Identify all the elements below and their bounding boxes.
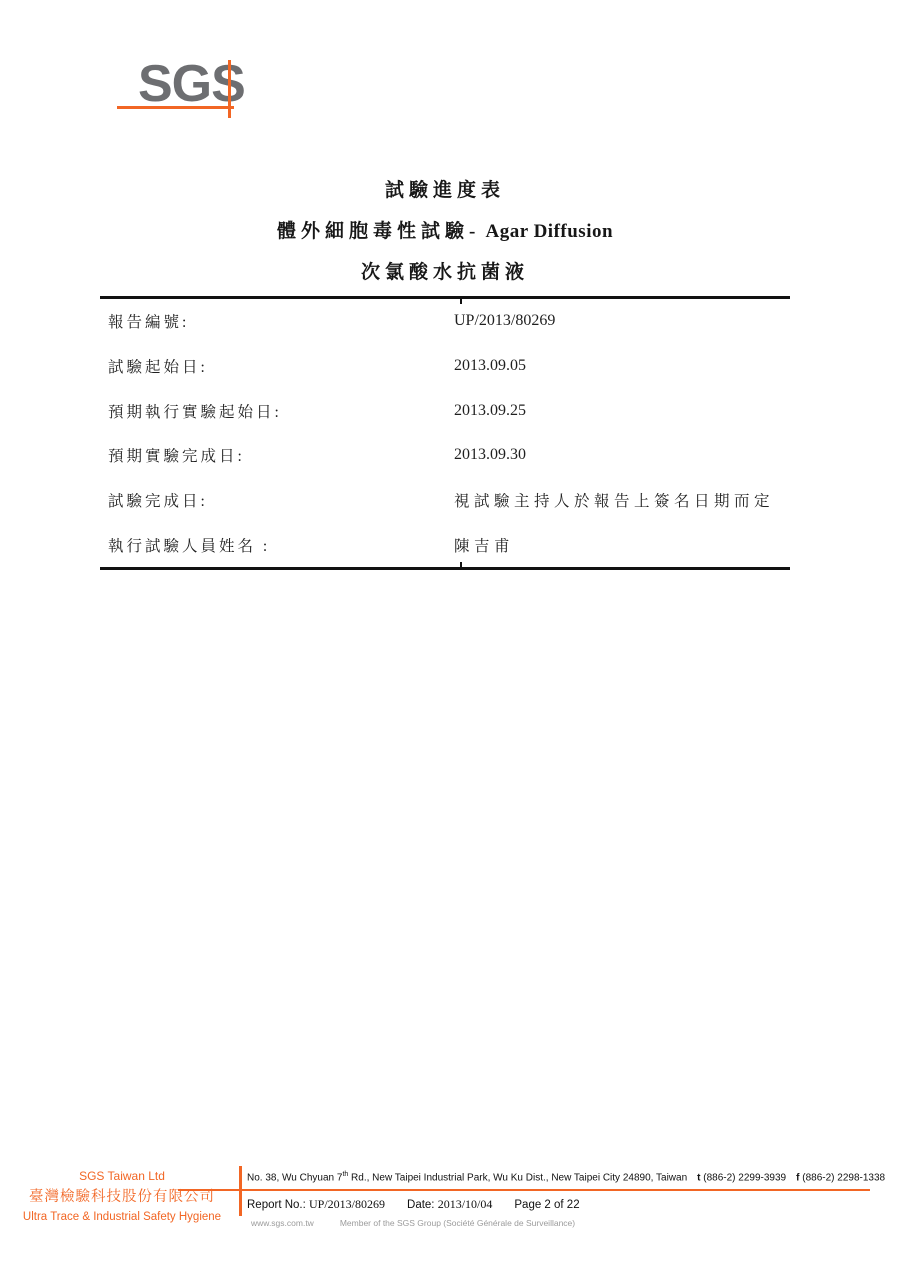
date-value: 2013/10/04 <box>438 1197 493 1211</box>
address-part1: No. 38, Wu Chyuan 7 <box>247 1172 342 1183</box>
table-row: 報告編號: UP/2013/80269 <box>100 299 790 343</box>
document-title-block: 試驗進度表 體外細胞毒性試驗- Agar Diffusion 次氯酸水抗菌液 <box>0 176 890 299</box>
row-value: 視試驗主持人於報告上簽名日期而定 <box>454 489 774 511</box>
footer-website-line: www.sgs.com.twMember of the SGS Group (S… <box>251 1218 891 1228</box>
date-label: Date: <box>407 1199 438 1211</box>
address-part2: Rd., New Taipei Industrial Park, Wu Ku D… <box>348 1172 687 1183</box>
footer-company-en: SGS Taiwan Ltd <box>22 1167 222 1186</box>
footer-company-block: SGS Taiwan Ltd 臺灣檢驗科技股份有限公司 Ultra Trace … <box>22 1167 222 1227</box>
title-line-2-en: Agar Diffusion <box>480 221 613 242</box>
column-tick-bottom <box>460 562 462 567</box>
progress-table: 報告編號: UP/2013/80269 試驗起始日: 2013.09.05 預期… <box>100 296 790 570</box>
title-line-2-cn: 體外細胞毒性試驗- <box>277 221 480 242</box>
sgs-member-note: Member of the SGS Group (Société Général… <box>340 1218 575 1228</box>
row-label: 報告編號: <box>100 310 454 332</box>
footer-report-line: Report No.: UP/2013/80269Date: 2013/10/0… <box>247 1197 887 1212</box>
row-label: 試驗起始日: <box>100 355 454 377</box>
row-value: 2013.09.25 <box>454 402 526 420</box>
row-value: 2013.09.30 <box>454 446 526 464</box>
row-value: UP/2013/80269 <box>454 312 555 330</box>
row-label: 預期執行實驗起始日: <box>100 400 454 422</box>
footer-address: No. 38, Wu Chyuan 7th Rd., New Taipei In… <box>247 1171 887 1183</box>
sgs-logo: SGS <box>136 58 256 128</box>
row-value: 陳吉甫 <box>454 534 514 556</box>
footer-division: Ultra Trace & Industrial Safety Hygiene <box>22 1208 222 1227</box>
row-label: 預期實驗完成日: <box>100 444 454 466</box>
page-info: Page 2 of 22 <box>514 1199 579 1211</box>
table-row: 執行試驗人員姓名 : 陳吉甫 <box>100 523 790 567</box>
fax-number: (886-2) 2298-1338 <box>799 1172 885 1183</box>
report-no-label: Report No.: <box>247 1199 309 1211</box>
title-line-1: 試驗進度表 <box>0 176 890 217</box>
table-row: 預期實驗完成日: 2013.09.30 <box>100 433 790 477</box>
column-tick-top <box>460 299 462 304</box>
row-value: 2013.09.05 <box>454 357 526 375</box>
logo-horizontal-rule <box>117 106 234 109</box>
table-row: 試驗完成日: 視試驗主持人於報告上簽名日期而定 <box>100 478 790 522</box>
report-no-value: UP/2013/80269 <box>309 1197 385 1211</box>
row-label: 試驗完成日: <box>100 489 454 511</box>
footer-vertical-rule <box>239 1166 242 1216</box>
website-url[interactable]: www.sgs.com.tw <box>251 1218 314 1228</box>
table-row: 預期執行實驗起始日: 2013.09.25 <box>100 389 790 433</box>
footer-horizontal-rule <box>178 1189 870 1191</box>
title-line-2: 體外細胞毒性試驗- Agar Diffusion <box>0 217 890 258</box>
logo-vertical-rule <box>228 60 231 118</box>
title-line-3: 次氯酸水抗菌液 <box>0 258 890 299</box>
table-row: 試驗起始日: 2013.09.05 <box>100 344 790 388</box>
tel-number: (886-2) 2299-3939 <box>701 1172 787 1183</box>
row-label: 執行試驗人員姓名 : <box>100 534 454 556</box>
